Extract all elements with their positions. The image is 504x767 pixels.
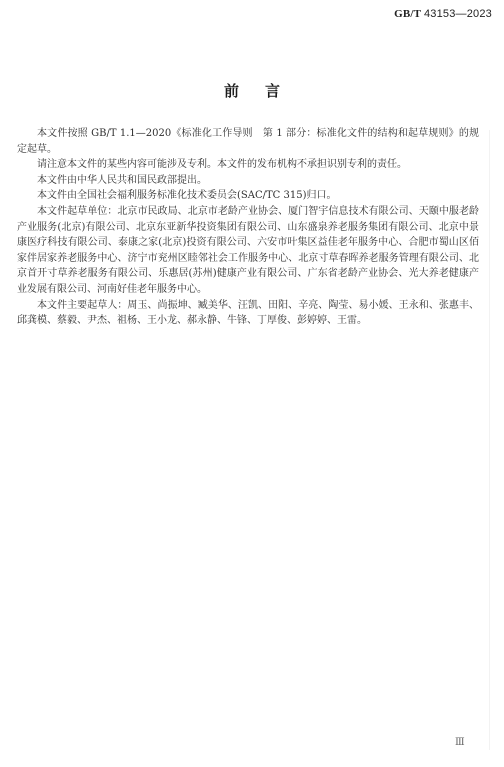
paragraph-drafters: 本文件主要起草人：周玉、尚振坤、臧美华、汪凯、田阳、辛亮、陶莹、易小媛、王永和、… [17,298,479,329]
paragraph-patent-notice: 请注意本文件的某些内容可能涉及专利。本文件的发布机构不承担识别专利的责任。 [17,157,479,173]
paragraph-drafting-rules: 本文件按照 GB/T 1.1—2020《标准化工作导则 第 1 部分：标准化文件… [17,126,479,157]
document-code: GB/T 43153—2023 [394,8,492,20]
page-title: 前言 [0,80,504,101]
document-code-prefix: GB/T [394,8,421,20]
page-number: Ⅲ [455,737,465,748]
paragraph-administrator: 本文件由全国社会福利服务标准化技术委员会(SAC/TC 315)归口。 [17,188,479,204]
scan-edge-line [489,130,490,750]
document-code-number: 43153—2023 [424,8,492,20]
paragraph-proposer: 本文件由中华人民共和国民政部提出。 [17,173,479,189]
paragraph-drafting-organizations: 本文件起草单位：北京市民政局、北京市老龄产业协会、厦门智宇信息技术有限公司、天颐… [17,204,479,298]
foreword-body: 本文件按照 GB/T 1.1—2020《标准化工作导则 第 1 部分：标准化文件… [17,126,479,329]
